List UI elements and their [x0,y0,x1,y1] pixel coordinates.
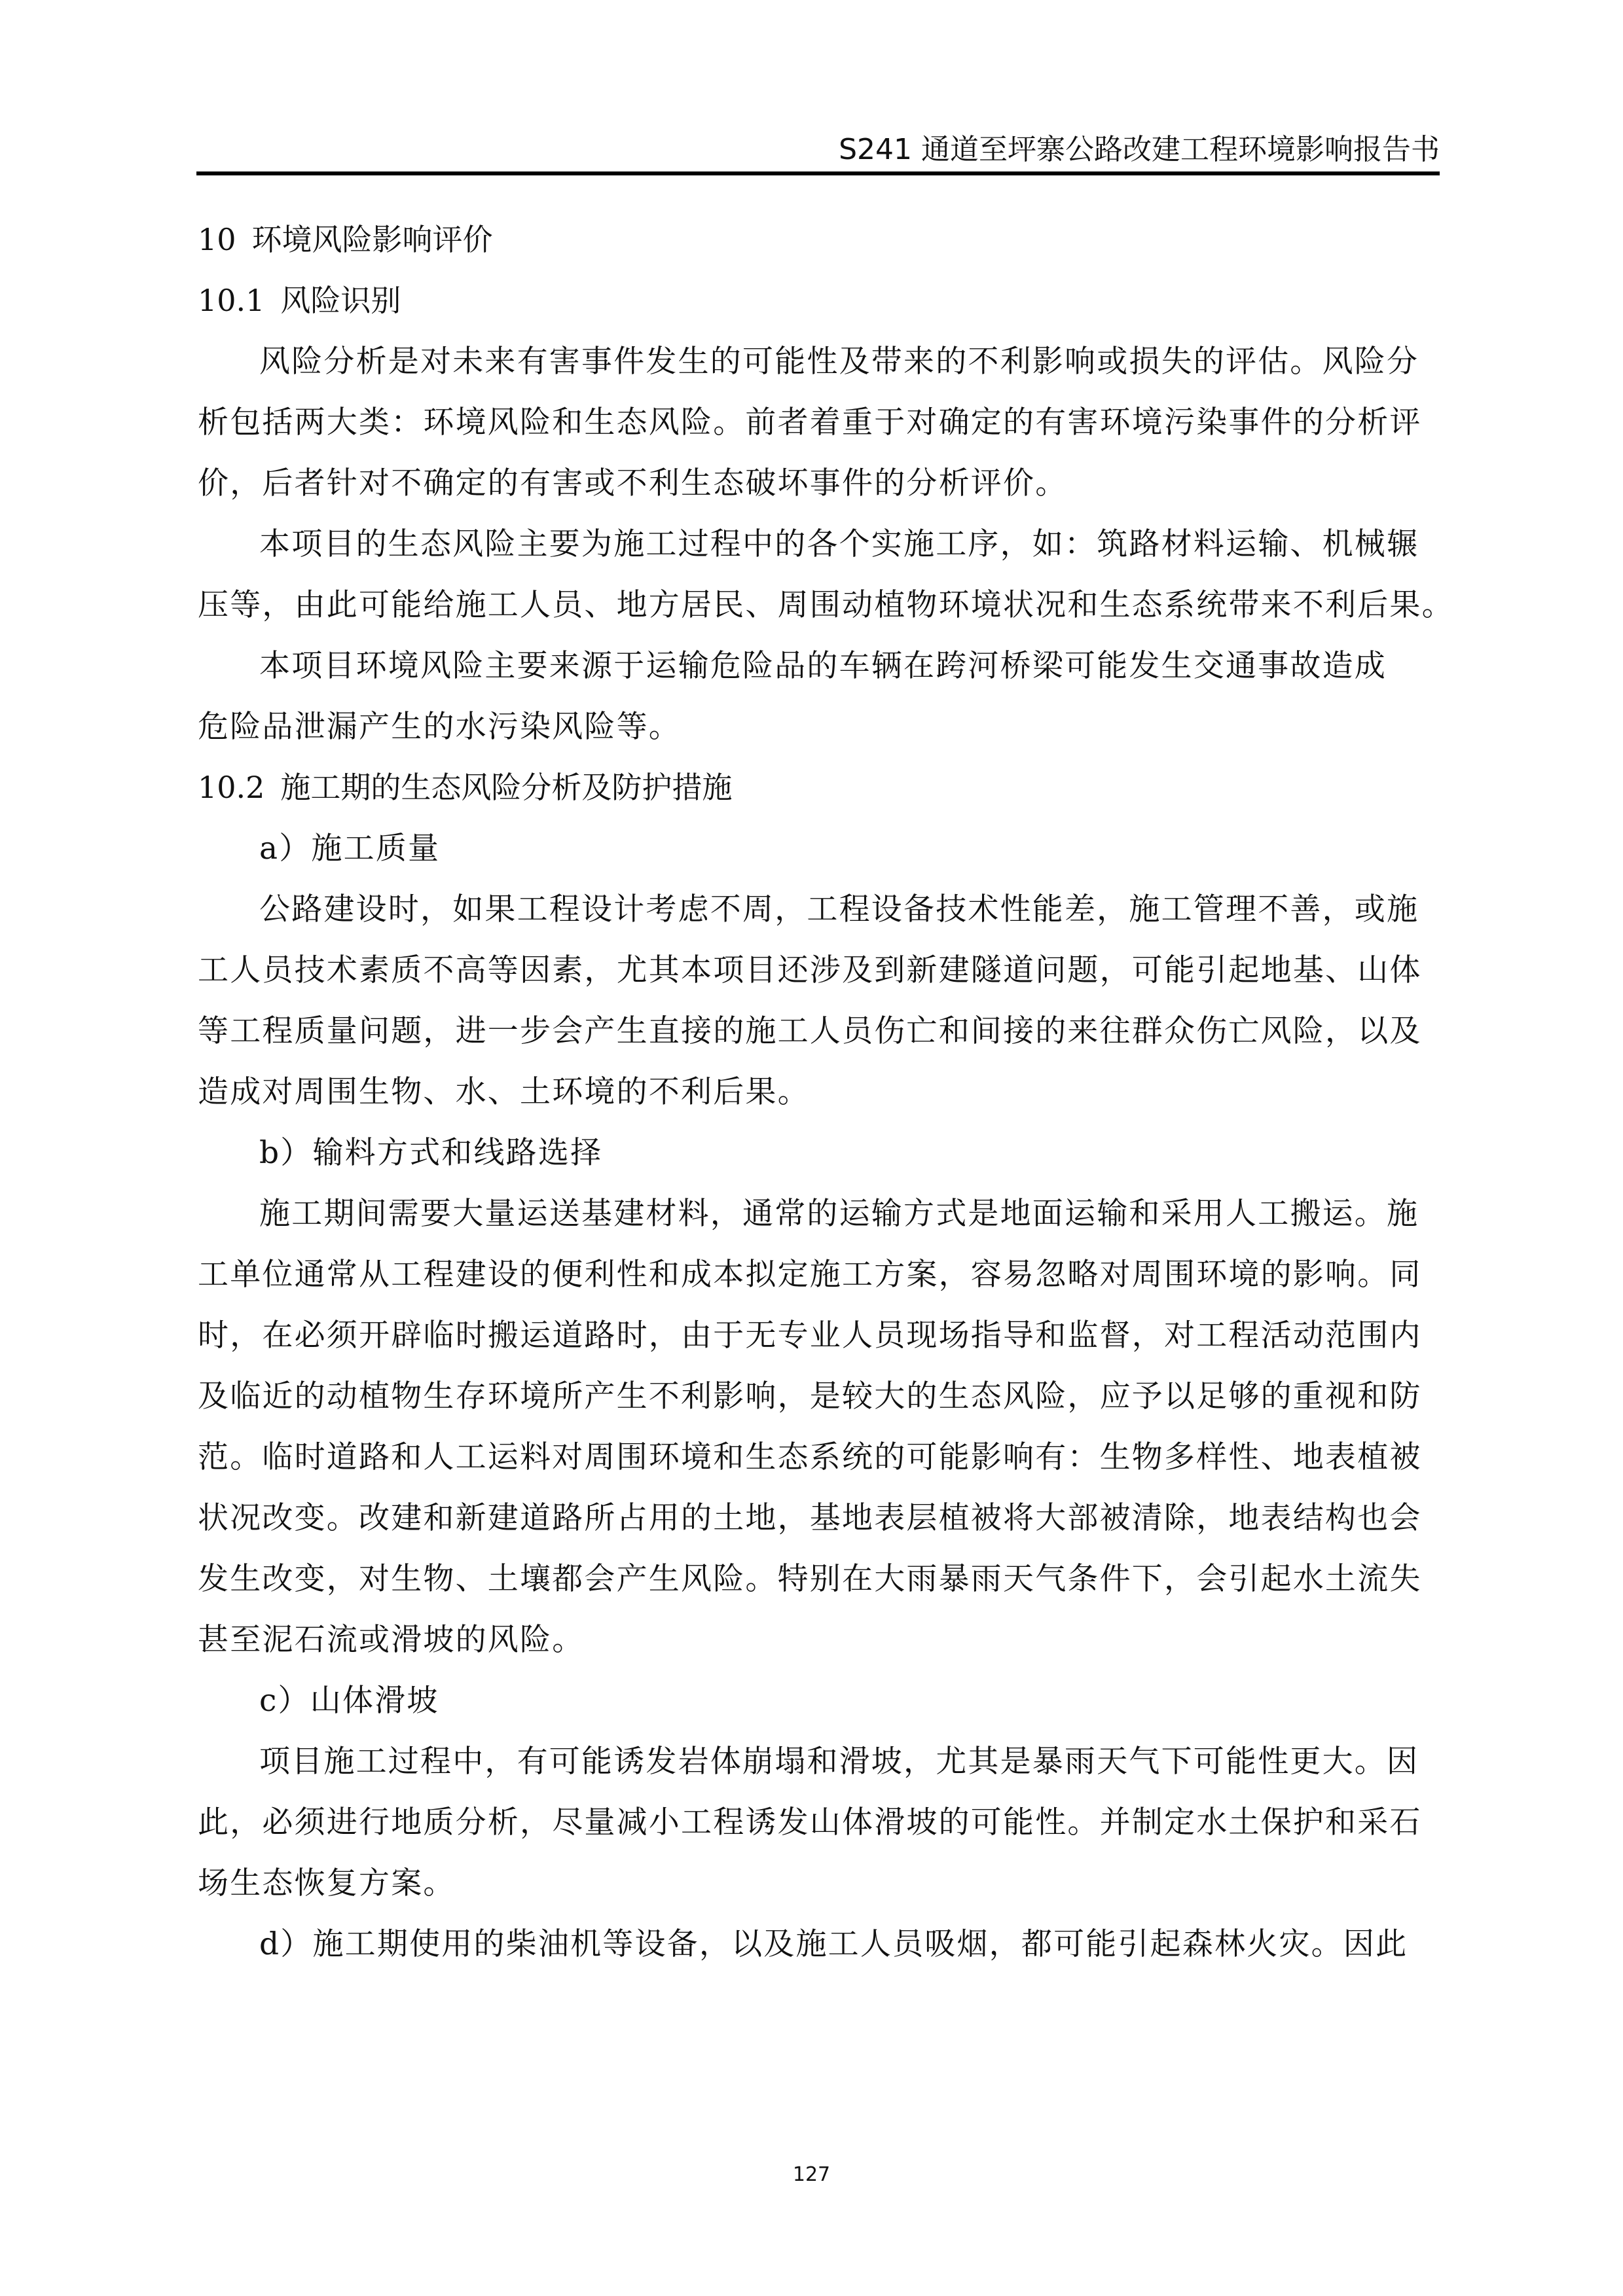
text-line: 场生态恢复方案。 [198,1853,1438,1914]
paragraph-transport-route: 施工期间需要大量运送基建材料，通常的运输方式是地面运输和采用人工搬运。施 工单位… [198,1183,1438,1670]
heading-number: 10.2 [198,770,264,805]
text-line: 及临近的动植物生存环境所产生不利影响，是较大的生态风险，应予以足够的重视和防 [198,1366,1438,1427]
text-line: 时，在必须开辟临时搬运道路时，由于无专业人员现场指导和监督，对工程活动范围内 [198,1305,1438,1366]
running-header-title: S241 通道至坪寨公路改建工程环境影响报告书 [839,126,1440,168]
heading-title: 环境风险影响评价 [252,222,493,257]
text-line: 造成对周围生物、水、土环境的不利后果。 [198,1062,1438,1122]
heading-number: 10.1 [198,283,264,318]
text-line: 施工期间需要大量运送基建材料，通常的运输方式是地面运输和采用人工搬运。施 [198,1183,1438,1244]
text-line: 价，后者针对不确定的有害或不利生态破坏事件的分析评价。 [198,453,1438,514]
paragraph-risk-analysis: 风险分析是对未来有害事件发生的可能性及带来的不利影响或损失的评估。风险分 析包括… [198,331,1438,514]
text-line: 工单位通常从工程建设的便利性和成本拟定施工方案，容易忽略对周围环境的影响。同 [198,1244,1438,1305]
paragraph-landslide: 项目施工过程中，有可能诱发岩体崩塌和滑坡，尤其是暴雨天气下可能性更大。因 此，必… [198,1731,1438,1914]
text-line: 项目施工过程中，有可能诱发岩体崩塌和滑坡，尤其是暴雨天气下可能性更大。因 [198,1731,1438,1792]
text-line: 此，必须进行地质分析，尽量减小工程诱发山体滑坡的可能性。并制定水土保护和采石 [198,1792,1438,1853]
document-page: S241 通道至坪寨公路改建工程环境影响报告书 10环境风险影响评价 10.1风… [0,0,1623,2296]
paragraph-environmental-risk: 本项目环境风险主要来源于运输危险品的车辆在跨河桥梁可能发生交通事故造成 危险品泄… [198,636,1438,757]
text-line: 发生改变，对生物、土壤都会产生风险。特别在大雨暴雨天气条件下，会引起水土流失 [198,1549,1438,1609]
subheading-a-construction-quality: a）施工质量 [198,818,1438,879]
header-rule [196,171,1440,175]
text-line: 甚至泥石流或滑坡的风险。 [198,1609,1438,1670]
heading-title: 施工期的生态风险分析及防护措施 [280,770,732,805]
heading-section-10-1: 10.1风险识别 [198,270,1438,331]
text-line: 析包括两大类：环境风险和生态风险。前者着重于对确定的有害环境污染事件的分析评 [198,392,1438,453]
text-line: 本项目环境风险主要来源于运输危险品的车辆在跨河桥梁可能发生交通事故造成 [198,636,1438,696]
text-line: 状况改变。改建和新建道路所占用的土地，基地表层植被将大部被清除，地表结构也会 [198,1488,1438,1549]
heading-number: 10 [198,222,236,257]
paragraph-ecological-risk: 本项目的生态风险主要为施工过程中的各个实施工序，如：筑路材料运输、机械辗 压等，… [198,514,1438,636]
subheading-c-landslide: c）山体滑坡 [198,1670,1438,1731]
page-number: 127 [0,2163,1623,2186]
text-line: 危险品泄漏产生的水污染风险等。 [198,696,1438,757]
page-content: 10环境风险影响评价 10.1风险识别 风险分析是对未来有害事件发生的可能性及带… [198,209,1438,1975]
text-line: 工人员技术素质不高等因素，尤其本项目还涉及到新建隧道问题，可能引起地基、山体 [198,940,1438,1001]
heading-title: 风险识别 [280,283,401,318]
subheading-b-transport-route: b）输料方式和线路选择 [198,1122,1438,1183]
heading-section-10-2: 10.2施工期的生态风险分析及防护措施 [198,757,1438,818]
text-line: 等工程质量问题，进一步会产生直接的施工人员伤亡和间接的来往群众伤亡风险，以及 [198,1001,1438,1062]
subheading-d-forest-fire: d）施工期使用的柴油机等设备，以及施工人员吸烟，都可能引起森林火灾。因此 [198,1914,1438,1975]
text-line: 范。临时道路和人工运料对周围环境和生态系统的可能影响有：生物多样性、地表植被 [198,1427,1438,1488]
text-line: 风险分析是对未来有害事件发生的可能性及带来的不利影响或损失的评估。风险分 [198,331,1438,392]
text-line: 本项目的生态风险主要为施工过程中的各个实施工序，如：筑路材料运输、机械辗 [198,514,1438,575]
paragraph-construction-quality: 公路建设时，如果工程设计考虑不周，工程设备技术性能差，施工管理不善，或施 工人员… [198,879,1438,1122]
text-line: 压等，由此可能给施工人员、地方居民、周围动植物环境状况和生态系统带来不利后果。 [198,575,1438,636]
heading-section-10: 10环境风险影响评价 [198,209,1438,270]
text-line: 公路建设时，如果工程设计考虑不周，工程设备技术性能差，施工管理不善，或施 [198,879,1438,940]
